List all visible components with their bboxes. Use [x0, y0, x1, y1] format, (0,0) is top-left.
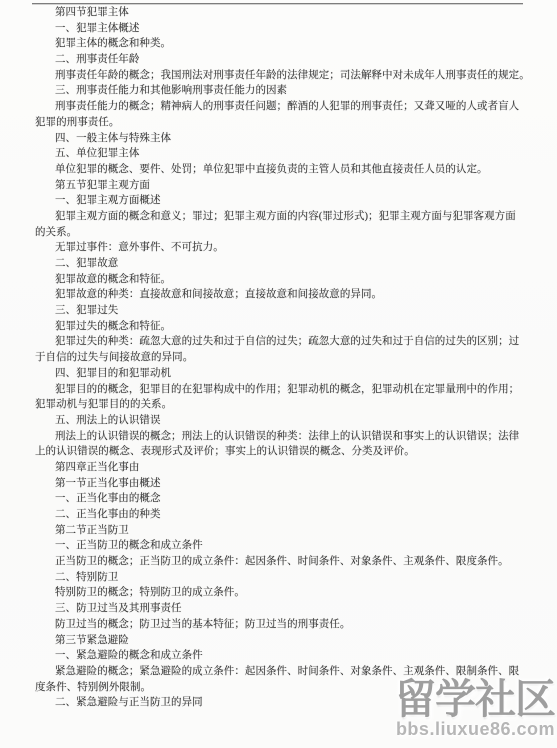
text-line: 犯罪故意的种类：直接故意和间接故意；直接故意和间接故意的异同。 — [35, 287, 540, 303]
text-block: 第四节犯罪主体一、犯罪主体概述犯罪主体的概念和种类。二、刑事责任年龄刑事责任年龄… — [35, 5, 540, 711]
text-line: 第一节正当化事由概述 — [35, 476, 540, 492]
text-line: 二、正当化事由的种类 — [35, 507, 540, 523]
text-line: 犯罪目的的概念，犯罪目的在犯罪构成中的作用；犯罪动机的概念，犯罪动机在定罪量刑中… — [35, 382, 540, 398]
text-line: 一、正当化事由的概念 — [35, 491, 540, 507]
text-line: 第二节正当防卫 — [35, 523, 540, 539]
text-line: 二、刑事责任年龄 — [35, 52, 540, 68]
text-line: 三、刑事责任能力和其他影响刑事责任能力的因素 — [35, 83, 540, 99]
text-line: 刑事责任能力的概念；精神病人的刑事责任问题；醉酒的人犯罪的刑事责任；又聋又哑的人… — [35, 99, 540, 115]
text-line: 犯罪主体的概念和种类。 — [35, 36, 540, 52]
text-line: 犯罪主观方面的概念和意义；罪过；犯罪主观方面的内容(罪过形式)；犯罪主观方面与犯… — [35, 209, 540, 225]
text-line: 于自信的过失与间接故意的异同。 — [35, 350, 540, 366]
text-line: 上的认识错误的概念、表现形式及评价；事实上的认识错误的概念、分类及评价。 — [35, 444, 540, 460]
text-line: 一、犯罪主观方面概述 — [35, 193, 540, 209]
text-line: 犯罪过失的概念和特征。 — [35, 319, 540, 335]
watermark-logo-text: 留学社区 — [395, 679, 555, 720]
text-line: 第四节犯罪主体 — [35, 5, 540, 21]
text-line: 一、犯罪主体概述 — [35, 21, 540, 37]
text-line: 的关系。 — [35, 225, 540, 241]
watermark-url: bbs.liuxue86.com — [395, 719, 555, 740]
page-top-rule — [32, 3, 523, 4]
text-line: 特别防卫的概念；特别防卫的成立条件。 — [35, 585, 540, 601]
text-line: 犯罪动机与犯罪目的的关系。 — [35, 397, 540, 413]
watermark: 留学社区 bbs.liuxue86.com — [395, 679, 555, 740]
text-line: 单位犯罪的概念、要件、处罚；单位犯罪中直接负责的主管人员和其他直接责任人员的认定… — [35, 162, 540, 178]
text-line: 三、犯罪过失 — [35, 303, 540, 319]
text-line: 四、一般主体与特殊主体 — [35, 131, 540, 147]
text-line: 四、犯罪目的和犯罪动机 — [35, 366, 540, 382]
text-line: 犯罪的刑事责任。 — [35, 115, 540, 131]
text-line: 第三节紧急避险 — [35, 633, 540, 649]
text-line: 第四章正当化事由 — [35, 460, 540, 476]
text-line: 正当防卫的概念；正当防卫的成立条件：起因条件、时间条件、对象条件、主观条件、限度… — [35, 554, 540, 570]
text-line: 一、紧急避险的概念和成立条件 — [35, 648, 540, 664]
text-line: 五、单位犯罪主体 — [35, 146, 540, 162]
text-line: 二、特别防卫 — [35, 570, 540, 586]
text-line: 刑法上的认识错误的概念；刑法上的认识错误的种类：法律上的认识错误和事实上的认识错… — [35, 429, 540, 445]
text-line: 犯罪过失的种类：疏忽大意的过失和过于自信的过失；疏忽大意的过失和过于自信的过失的… — [35, 334, 540, 350]
scanned-document-page: 第四节犯罪主体一、犯罪主体概述犯罪主体的概念和种类。二、刑事责任年龄刑事责任年龄… — [0, 0, 557, 748]
text-line: 三、防卫过当及其刑事责任 — [35, 601, 540, 617]
text-line: 防卫过当的概念；防卫过当的基本特征；防卫过当的刑事责任。 — [35, 617, 540, 633]
text-line: 第五节犯罪主观方面 — [35, 178, 540, 194]
text-line: 一、正当防卫的概念和成立条件 — [35, 538, 540, 554]
text-line: 犯罪故意的概念和特征。 — [35, 272, 540, 288]
text-line: 无罪过事件：意外事件、不可抗力。 — [35, 240, 540, 256]
text-line: 二、犯罪故意 — [35, 256, 540, 272]
text-line: 五、刑法上的认识错误 — [35, 413, 540, 429]
text-line: 刑事责任年龄的概念；我国刑法对刑事责任年龄的法律规定；司法解释中对未成年人刑事责… — [35, 68, 540, 84]
